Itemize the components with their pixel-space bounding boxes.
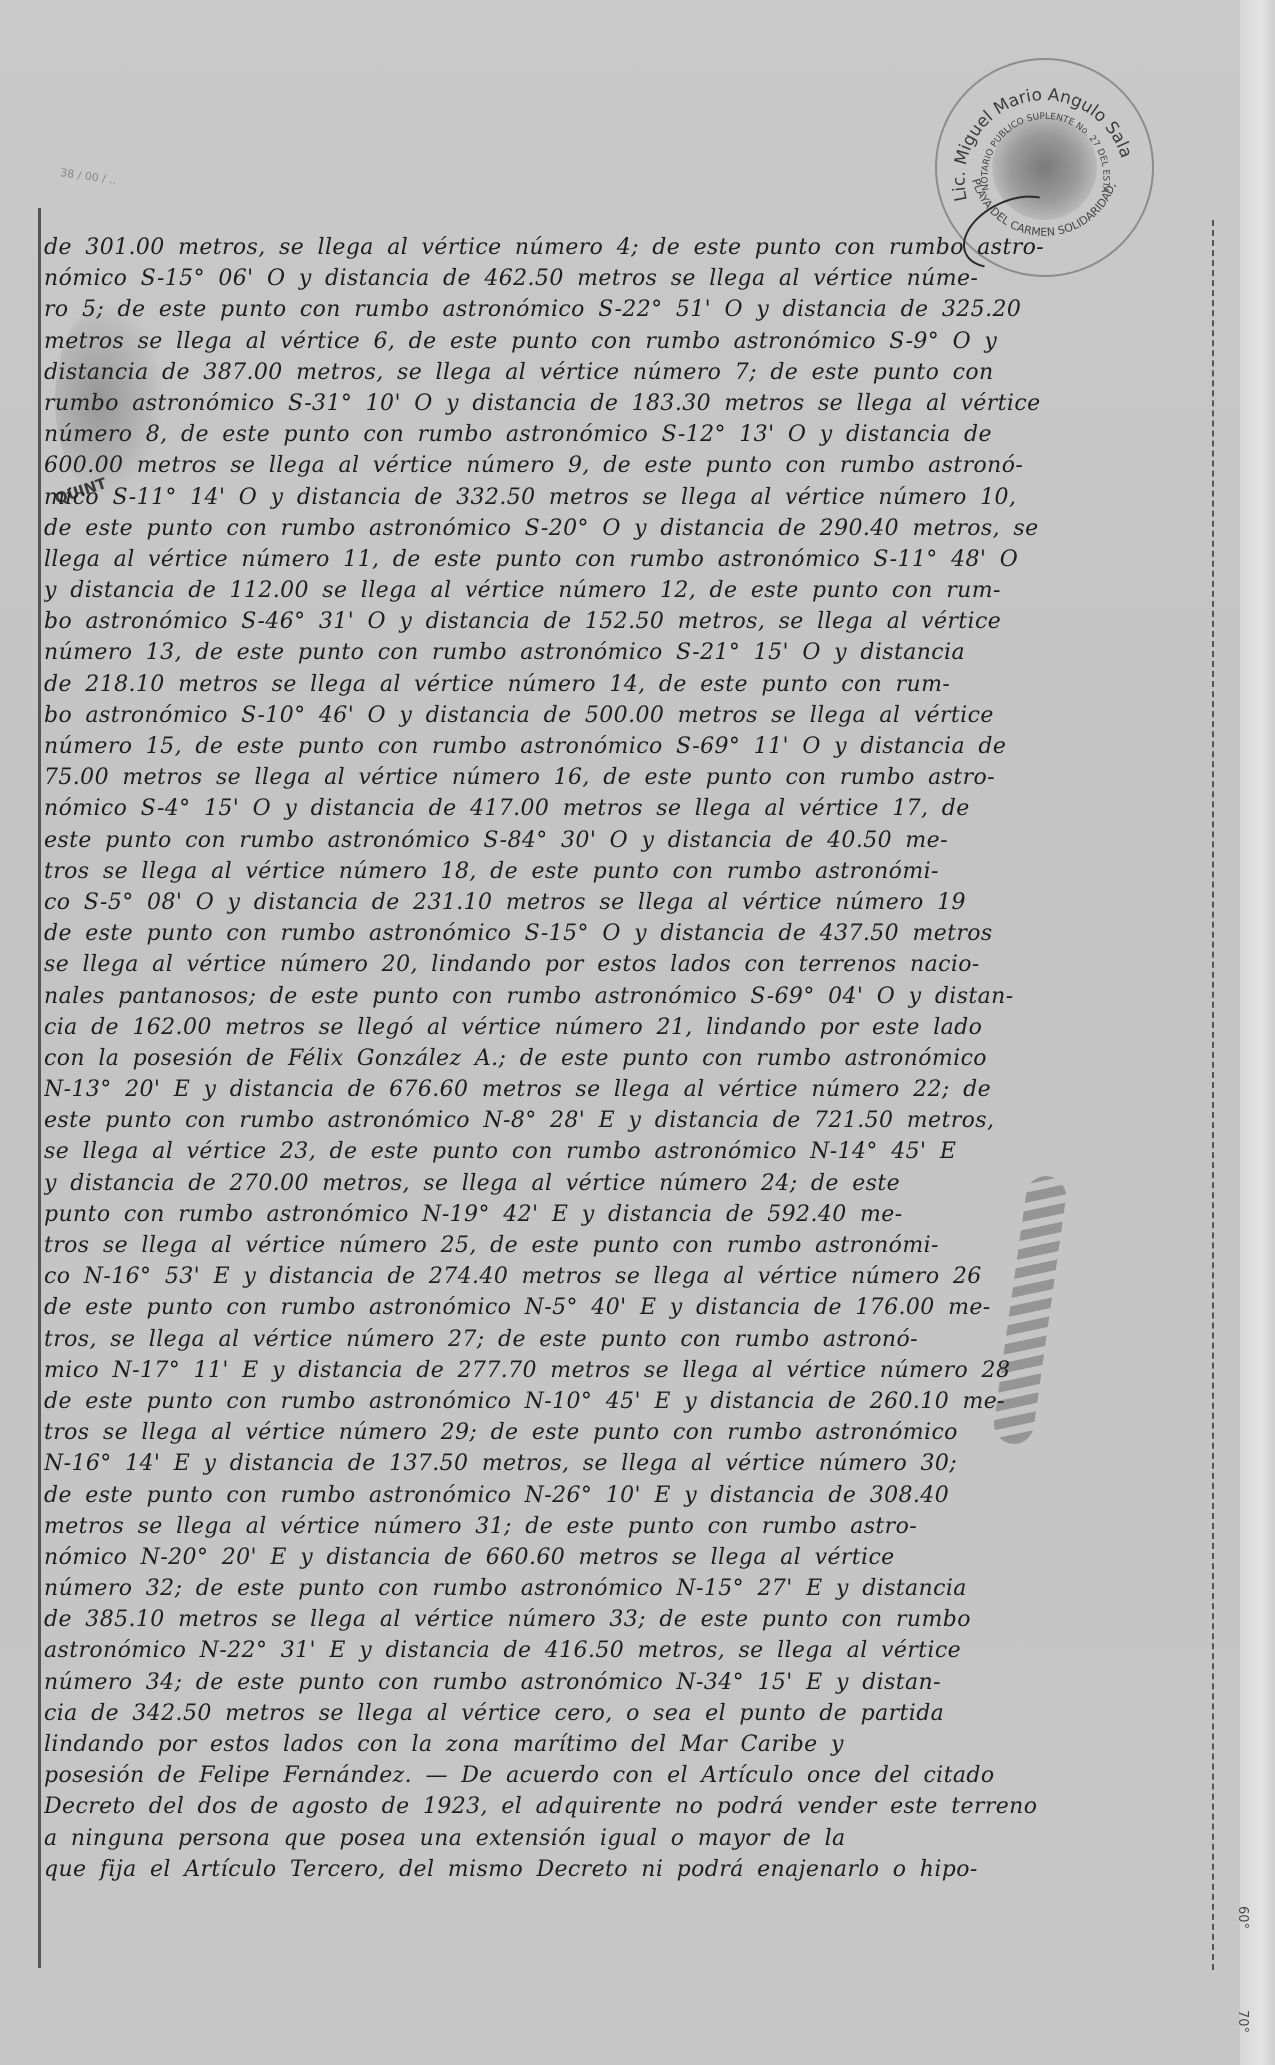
text-line: N-13° 20' E y distancia de 676.60 metros… xyxy=(44,1074,1209,1105)
text-line: este punto con rumbo astronómico N-8° 28… xyxy=(44,1105,1209,1136)
text-line: mico N-17° 11' E y distancia de 277.70 m… xyxy=(44,1355,1209,1386)
handwritten-text-body: de 301.00 metros, se llega al vértice nú… xyxy=(44,232,1209,1885)
text-line: cia de 342.50 metros se llega al vértice… xyxy=(44,1698,1209,1729)
text-line: nómico N-20° 20' E y distancia de 660.60… xyxy=(44,1542,1209,1573)
text-line: tros, se llega al vértice número 27; de … xyxy=(44,1324,1209,1355)
text-line: de este punto con rumbo astronómico N-5°… xyxy=(44,1292,1209,1323)
text-line: de este punto con rumbo astronómico S-15… xyxy=(44,918,1209,949)
text-line: tros se llega al vértice número 29; de e… xyxy=(44,1417,1209,1448)
scanner-angle-label-60: 60° xyxy=(1235,1906,1250,1929)
text-line: nómico S-4° 15' O y distancia de 417.00 … xyxy=(44,793,1209,824)
text-line: número 8, de este punto con rumbo astron… xyxy=(44,419,1209,450)
text-line: posesión de Felipe Fernández. — De acuer… xyxy=(44,1760,1209,1791)
text-line: cia de 162.00 metros se llegó al vértice… xyxy=(44,1012,1209,1043)
text-line: número 34; de este punto con rumbo astro… xyxy=(44,1667,1209,1698)
text-line: número 15, de este punto con rumbo astro… xyxy=(44,731,1209,762)
text-line: número 32; de este punto con rumbo astro… xyxy=(44,1573,1209,1604)
text-line: mico S-11° 14' O y distancia de 332.50 m… xyxy=(44,482,1209,513)
text-line: de 218.10 metros se llega al vértice núm… xyxy=(44,669,1209,700)
text-line: y distancia de 112.00 se llega al vértic… xyxy=(44,575,1209,606)
text-line: lindando por estos lados con la zona mar… xyxy=(44,1729,1209,1760)
text-line: de 301.00 metros, se llega al vértice nú… xyxy=(44,232,1209,263)
text-line: bo astronómico S-46° 31' O y distancia d… xyxy=(44,606,1209,637)
scanner-angle-label-70: 70° xyxy=(1235,2010,1250,2033)
text-line: bo astronómico S-10° 46' O y distancia d… xyxy=(44,700,1209,731)
text-line: co S-5° 08' O y distancia de 231.10 metr… xyxy=(44,887,1209,918)
text-line: 75.00 metros se llega al vértice número … xyxy=(44,762,1209,793)
text-line: de este punto con rumbo astronómico S-20… xyxy=(44,513,1209,544)
text-line: distancia de 387.00 metros, se llega al … xyxy=(44,357,1209,388)
text-line: Decreto del dos de agosto de 1923, el ad… xyxy=(44,1791,1209,1822)
text-line: llega al vértice número 11, de este punt… xyxy=(44,544,1209,575)
text-line: nómico S-15° 06' O y distancia de 462.50… xyxy=(44,263,1209,294)
text-line: de 385.10 metros se llega al vértice núm… xyxy=(44,1604,1209,1635)
text-line: y distancia de 270.00 metros, se llega a… xyxy=(44,1168,1209,1199)
scanned-document-page: 38 / 00 / .. Lic. Miguel Mario Angulo Sa… xyxy=(0,0,1240,2065)
text-line: de este punto con rumbo astronómico N-10… xyxy=(44,1386,1209,1417)
text-line: metros se llega al vértice 6, de este pu… xyxy=(44,326,1209,357)
text-line: punto con rumbo astronómico N-19° 42' E … xyxy=(44,1199,1209,1230)
text-line: co N-16° 53' E y distancia de 274.40 met… xyxy=(44,1261,1209,1292)
text-line: se llega al vértice número 20, lindando … xyxy=(44,949,1209,980)
text-line: rumbo astronómico S-31° 10' O y distanci… xyxy=(44,388,1209,419)
text-line: se llega al vértice 23, de este punto co… xyxy=(44,1136,1209,1167)
text-line: tros se llega al vértice número 18, de e… xyxy=(44,856,1209,887)
text-line: 600.00 metros se llega al vértice número… xyxy=(44,450,1209,481)
text-line: astronómico N-22° 31' E y distancia de 4… xyxy=(44,1635,1209,1666)
text-line: número 13, de este punto con rumbo astro… xyxy=(44,637,1209,668)
text-line: este punto con rumbo astronómico S-84° 3… xyxy=(44,825,1209,856)
text-line: metros se llega al vértice número 31; de… xyxy=(44,1511,1209,1542)
right-margin-rule xyxy=(1212,220,1214,1970)
scanner-edge-strip xyxy=(1240,0,1275,2065)
text-line: N-16° 14' E y distancia de 137.50 metros… xyxy=(44,1448,1209,1479)
text-line: ro 5; de este punto con rumbo astronómic… xyxy=(44,294,1209,325)
text-line: con la posesión de Félix González A.; de… xyxy=(44,1043,1209,1074)
text-line: tros se llega al vértice número 25, de e… xyxy=(44,1230,1209,1261)
text-line: que fija el Artículo Tercero, del mismo … xyxy=(44,1854,1209,1885)
text-line: a ninguna persona que posea una extensió… xyxy=(44,1823,1209,1854)
text-line: nales pantanosos; de este punto con rumb… xyxy=(44,981,1209,1012)
text-line: de este punto con rumbo astronómico N-26… xyxy=(44,1480,1209,1511)
left-margin-rule xyxy=(38,208,41,1968)
faint-corner-marks: 38 / 00 / .. xyxy=(59,166,117,188)
